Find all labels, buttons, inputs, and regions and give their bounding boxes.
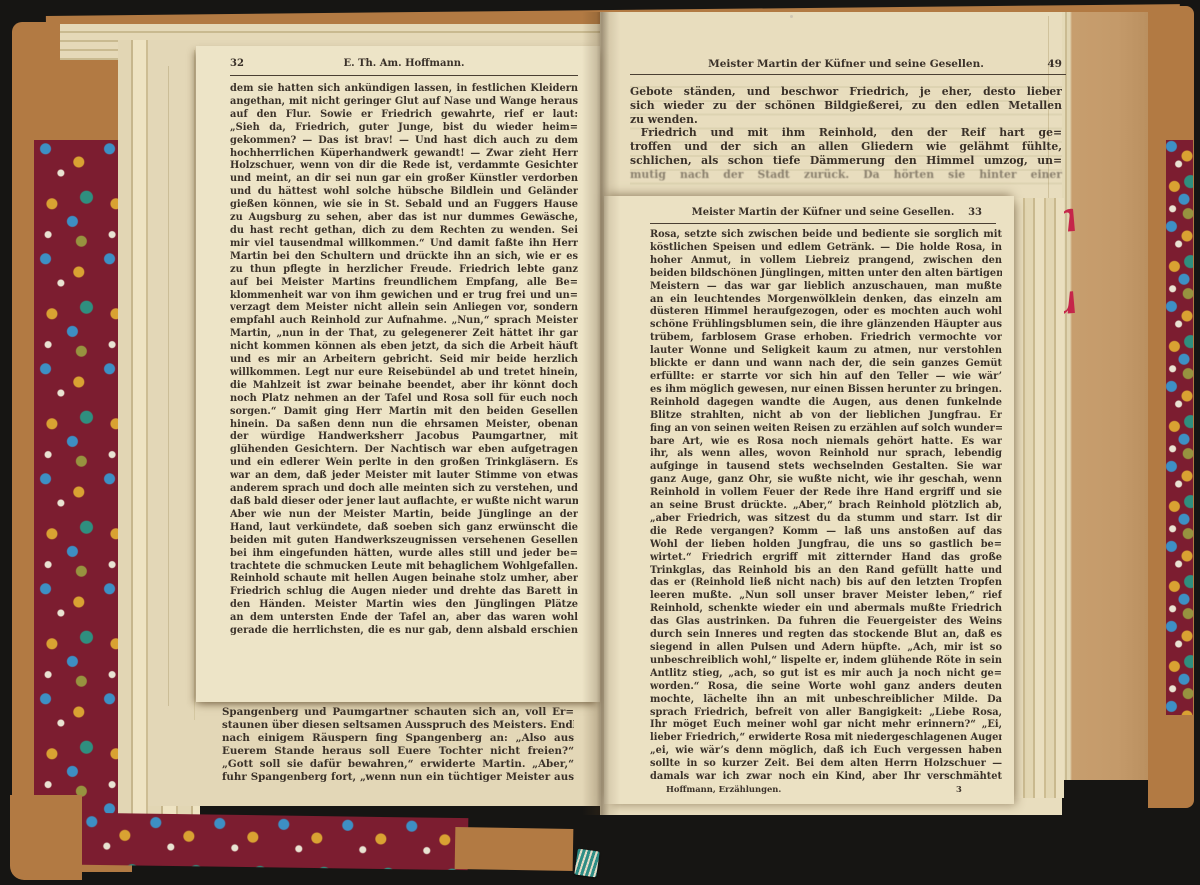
page-edge-line	[194, 50, 195, 720]
text-line: den Händen. Meister Martin wies den Jüng…	[230, 599, 578, 612]
text-line: verzagt dem Meister nicht allein sein An…	[230, 302, 578, 315]
text-line: gießen können, wie sie in St. Sebald und…	[230, 199, 578, 212]
running-head: E. Th. Am. Hoffmann.	[230, 58, 578, 69]
text-line: siegend in allen Pulsen und Adern hüpfte…	[650, 642, 1002, 655]
page-number: 33	[968, 207, 982, 218]
text-line: blickte er dann und wann nach der, die s…	[650, 358, 1002, 371]
text-line: ihr, als wenn alles, wovon Reinhold nur …	[650, 448, 1002, 461]
footer-signature: Hoffmann, Erzählungen.	[666, 784, 781, 794]
text-line: sich wieder zu der schönen Bildgießerei,…	[630, 99, 1062, 113]
text-line: Ihr möget Euch meiner wohl gar nicht meh…	[650, 719, 1002, 732]
text-line: fing an von seinen weiten Reisen zu erzä…	[650, 423, 1002, 436]
text-line: auf bei Meister Martins freundlichem Emp…	[230, 277, 578, 290]
text-line: das Glas austrinken. Da fuhren die Feuer…	[650, 616, 1002, 629]
text-line: und du hättest wohl solche hübsche Bildl…	[230, 186, 578, 199]
text-line: daß bald dieser oder jener laut auflacht…	[230, 496, 578, 509]
text-line: sollte in so kurzer Zeit. Bei dem alten …	[650, 758, 1002, 771]
text-line: „Sieh da, Friedrich, guter Junge, bist d…	[230, 122, 578, 135]
text-line: Friedrich und mit ihm Reinhold, den der …	[630, 126, 1062, 140]
text-line: Reinhold schaute mit hellen Augen beinah…	[230, 573, 578, 586]
large-left-page-text: Spangenberg und Paumgartner schauten sic…	[222, 706, 574, 784]
text-line: Rosa, setzte sich zwischen beide und bed…	[650, 229, 1002, 242]
marbled-endpaper-bottom	[16, 812, 469, 870]
text-line: und ein edlerer Wein perlte in den große…	[230, 457, 578, 470]
footer-sheet-number: 3	[956, 784, 962, 794]
tan-paper-block-right	[1062, 12, 1154, 780]
text-line: du hast recht gethan, dich zu dem Rechte…	[230, 225, 578, 238]
book-photo-scene: n u Spangenberg und Paumgartner schauten…	[0, 0, 1200, 885]
text-line: es ihm möglich gewesen, nur einen Bissen…	[650, 384, 1002, 397]
text-line: aufginge in tausend stets wechselnden Ge…	[650, 461, 1002, 474]
text-line: hoher Anmut, in vollem Liebreiz prangend…	[650, 255, 1002, 268]
text-line: klommenheit war von ihm gewichen und er …	[230, 290, 578, 303]
header-rule	[650, 223, 996, 224]
text-line: leeren mußte. „Nun soll unser braver Mei…	[650, 590, 1002, 603]
text-line: bare Art, wie es Rosa noch niemals gehör…	[650, 436, 1002, 449]
text-line: „ei, wie wär’s denn möglich, daß ich Euc…	[650, 745, 1002, 758]
running-head: Meister Martin der Küfner und seine Gese…	[630, 58, 1062, 70]
text-line: Antlitz stieg, „ach, so gut ist es mir a…	[650, 668, 1002, 681]
text-line: trübem, farblosem Grase erhoben. Friedri…	[650, 332, 1002, 345]
text-line: und meint, an dir sei nun gar ein großer…	[230, 173, 578, 186]
book-gutter-shadow	[582, 12, 620, 815]
text-line: Friedrich schlug die Augen nieder und dr…	[230, 586, 578, 599]
page-32-text: dem sie hatten sich ankündigen lassen, i…	[230, 83, 578, 638]
text-line: mir viel tausendmal willkommen.“ Und dam…	[230, 238, 578, 251]
text-line: zu wenden.	[630, 113, 1062, 127]
text-line: fuhr Spangenberg fort, „wenn nun ein tüc…	[222, 771, 574, 784]
small-book-right-page: Meister Martin der Küfner und seine Gese…	[604, 196, 1014, 804]
text-line: Trinkglas, das Reinhold bis an den Rand …	[650, 565, 1002, 578]
dust-speck	[790, 15, 793, 18]
text-line: hochherrlichen Küperhandwerk gewandt! — …	[230, 148, 578, 161]
text-line: erfüllte: er starrte vor sich hin auf de…	[650, 371, 1002, 384]
text-line: hinein. Da saßen denn nun die ehrsamen M…	[230, 419, 578, 432]
text-line: Aber wie nun der Meister Martin, beide J…	[230, 509, 578, 522]
leather-cover-corner-bottom-left	[10, 795, 82, 880]
text-line: Blitze strahlten, nicht ab von der liebl…	[650, 410, 1002, 423]
text-line: düsteren Himmel heraufgezogen, oder es m…	[650, 306, 1002, 319]
page-49-text: Gebote ständen, und beschwor Friedrich, …	[630, 85, 1062, 182]
text-line: beiden mit guten Handwerkszeugnissen ver…	[230, 535, 578, 548]
text-line: willkommen. Legt nur eure Reisebündel ab…	[230, 367, 578, 380]
text-line: war an dem, daß jeder Meister mit lauter…	[230, 470, 578, 483]
text-line: zu Augsburg zu sehen, aber das ist nur d…	[230, 212, 578, 225]
text-line: zu thun pflegte in herzlicher Freude. Fr…	[230, 264, 578, 277]
text-line: köstlichen Speisen und edlem Getränk. — …	[650, 242, 1002, 255]
text-line: noch Platz nehmen an der Tafel und Rosa …	[230, 393, 578, 406]
text-line: Martin bei den Schultern und drückte ihn…	[230, 251, 578, 264]
text-line: Martin, „nun in der That, zu gelegenerer…	[230, 328, 578, 341]
text-line: damals war ich zwar noch ein Kind, aber …	[650, 771, 1002, 784]
text-line: durch sein Inneres und regten das stocke…	[650, 629, 1002, 642]
text-line: Reinhold, schenkte wieder ein und aberma…	[650, 603, 1002, 616]
text-line: sorgen.“ Damit ging Herr Martin mit den …	[230, 406, 578, 419]
text-line: lieber Friedrich,“ erwiderte Rosa mit ni…	[650, 732, 1002, 745]
leather-cover-bottom	[455, 827, 574, 871]
small-book-left-page: 32 E. Th. Am. Hoffmann. dem sie hatten s…	[196, 46, 600, 702]
text-line: beiden bildschönen Jünglingen, mitten un…	[650, 268, 1002, 281]
text-line: bei ihm eingefunden hätten, wurde alles …	[230, 548, 578, 561]
text-line: Spangenberg und Paumgartner schauten sic…	[222, 706, 574, 719]
text-line: Gebote ständen, und beschwor Friedrich, …	[630, 85, 1062, 99]
page-edges-small-book-right	[1014, 198, 1064, 798]
text-line: das er (Reinhold ließ nicht nach) bis au…	[650, 577, 1002, 590]
text-line: unbeschreiblich wohl,“ lispelte er, inde…	[650, 655, 1002, 668]
text-line: schöne Frühlingsblumen sein, die ihre gl…	[650, 319, 1002, 332]
text-line: glühenden Gesichtern. Der Nachtisch war …	[230, 444, 578, 457]
text-line: Euerem Stande heraus soll Euere Tochter …	[222, 745, 574, 758]
text-line: staunen über diesen seltsamen Ausspruch …	[222, 719, 574, 732]
running-head: Meister Martin der Küfner und seine Gese…	[650, 207, 996, 218]
text-line: Reinhold dagegen wandte die Augen, aus d…	[650, 397, 1002, 410]
text-line: gerade die herrlichsten, die es nur gab,…	[230, 625, 578, 638]
text-line: mochte, lächelte ihn an mit unbeschreibl…	[650, 694, 1002, 707]
text-line: angethan, mit nicht geringer Glut auf Na…	[230, 96, 578, 109]
text-line: wirtet.“ Friedrich ergriff mit zitternde…	[650, 552, 1002, 565]
text-line: sprach Friedrich, befreit von aller Bang…	[650, 707, 1002, 720]
header-rule	[630, 74, 1066, 75]
text-line: ganz Auge, ganz Ohr, sie wußte nicht, wi…	[650, 474, 1002, 487]
text-line: troffen und der sich an allen Gliedern w…	[630, 140, 1062, 154]
text-line: trachtete die schmucken Leute mit behagl…	[230, 561, 578, 574]
text-line: anderem sprach und doch alle meinten sic…	[230, 483, 578, 496]
text-line: mutig nach der Stadt zurück. Da hörten s…	[630, 168, 1062, 182]
text-line: Hand, laut verkündete, daß soeben sich g…	[230, 522, 578, 535]
text-line: die Rede vergangen? Komm — laß uns ansto…	[650, 526, 1002, 539]
page-edge-line	[168, 66, 169, 706]
text-line: „Gott soll sie dafür bewahren,“ erwidert…	[222, 758, 574, 771]
page-33-text: Rosa, setzte sich zwischen beide und bed…	[650, 229, 1002, 784]
text-line: die Mahlzeit ist zwar beinahe beendet, a…	[230, 380, 578, 393]
header-rule	[230, 75, 578, 76]
text-line: gekommen? — Das ist brav! — Und hast dic…	[230, 135, 578, 148]
text-line: lauter Wonne und Seligkeit kaum zu atmen…	[650, 345, 1002, 358]
spine-headband	[574, 849, 599, 878]
marbled-endpaper-right	[1166, 140, 1193, 715]
text-line: an dem untersten Ende der Tafel an, aber…	[230, 612, 578, 625]
text-line: dem sie hatten sich ankündigen lassen, i…	[230, 83, 578, 96]
text-line: Holzschuer, wenn von dir die Rede ist, v…	[230, 160, 578, 173]
text-line: „aber Friedrich, was sitzest du da stumm…	[650, 513, 1002, 526]
text-line: empfahl auch Reinhold zur Aufnahme. „Nun…	[230, 315, 578, 328]
text-line: Reinhold in vollem Feuer der Rede ihre H…	[650, 487, 1002, 500]
page-number: 49	[1047, 58, 1062, 70]
text-line: an ein leuchtendes Morgenwölklein denken…	[650, 294, 1002, 307]
text-line: nicht kommen können als eben jetzt, da s…	[230, 341, 578, 354]
text-line: worden.“ Rosa, die seine Worte wohl ganz…	[650, 681, 1002, 694]
marbled-endpaper-left	[34, 140, 118, 816]
text-line: schlichen, als schon tiefe Dämmerung den…	[630, 154, 1062, 168]
text-line: an seine Brust drückte. „Aber,“ brach Re…	[650, 500, 1002, 513]
text-line: auf den Flur. Sowie er Friedrich gewahrt…	[230, 109, 578, 122]
text-line: nach einigem Räuspern fing Spangenberg a…	[222, 732, 574, 745]
text-line: Wohl der lieben holden Jungfrau, die uns…	[650, 539, 1002, 552]
text-line: Meistern — das war gar lieblich anzuscha…	[650, 281, 1002, 294]
text-line: und es mir an Arbeitern gebricht. Seid m…	[230, 354, 578, 367]
text-line: der würdige Handwerksherr Jacobus Paumga…	[230, 431, 578, 444]
